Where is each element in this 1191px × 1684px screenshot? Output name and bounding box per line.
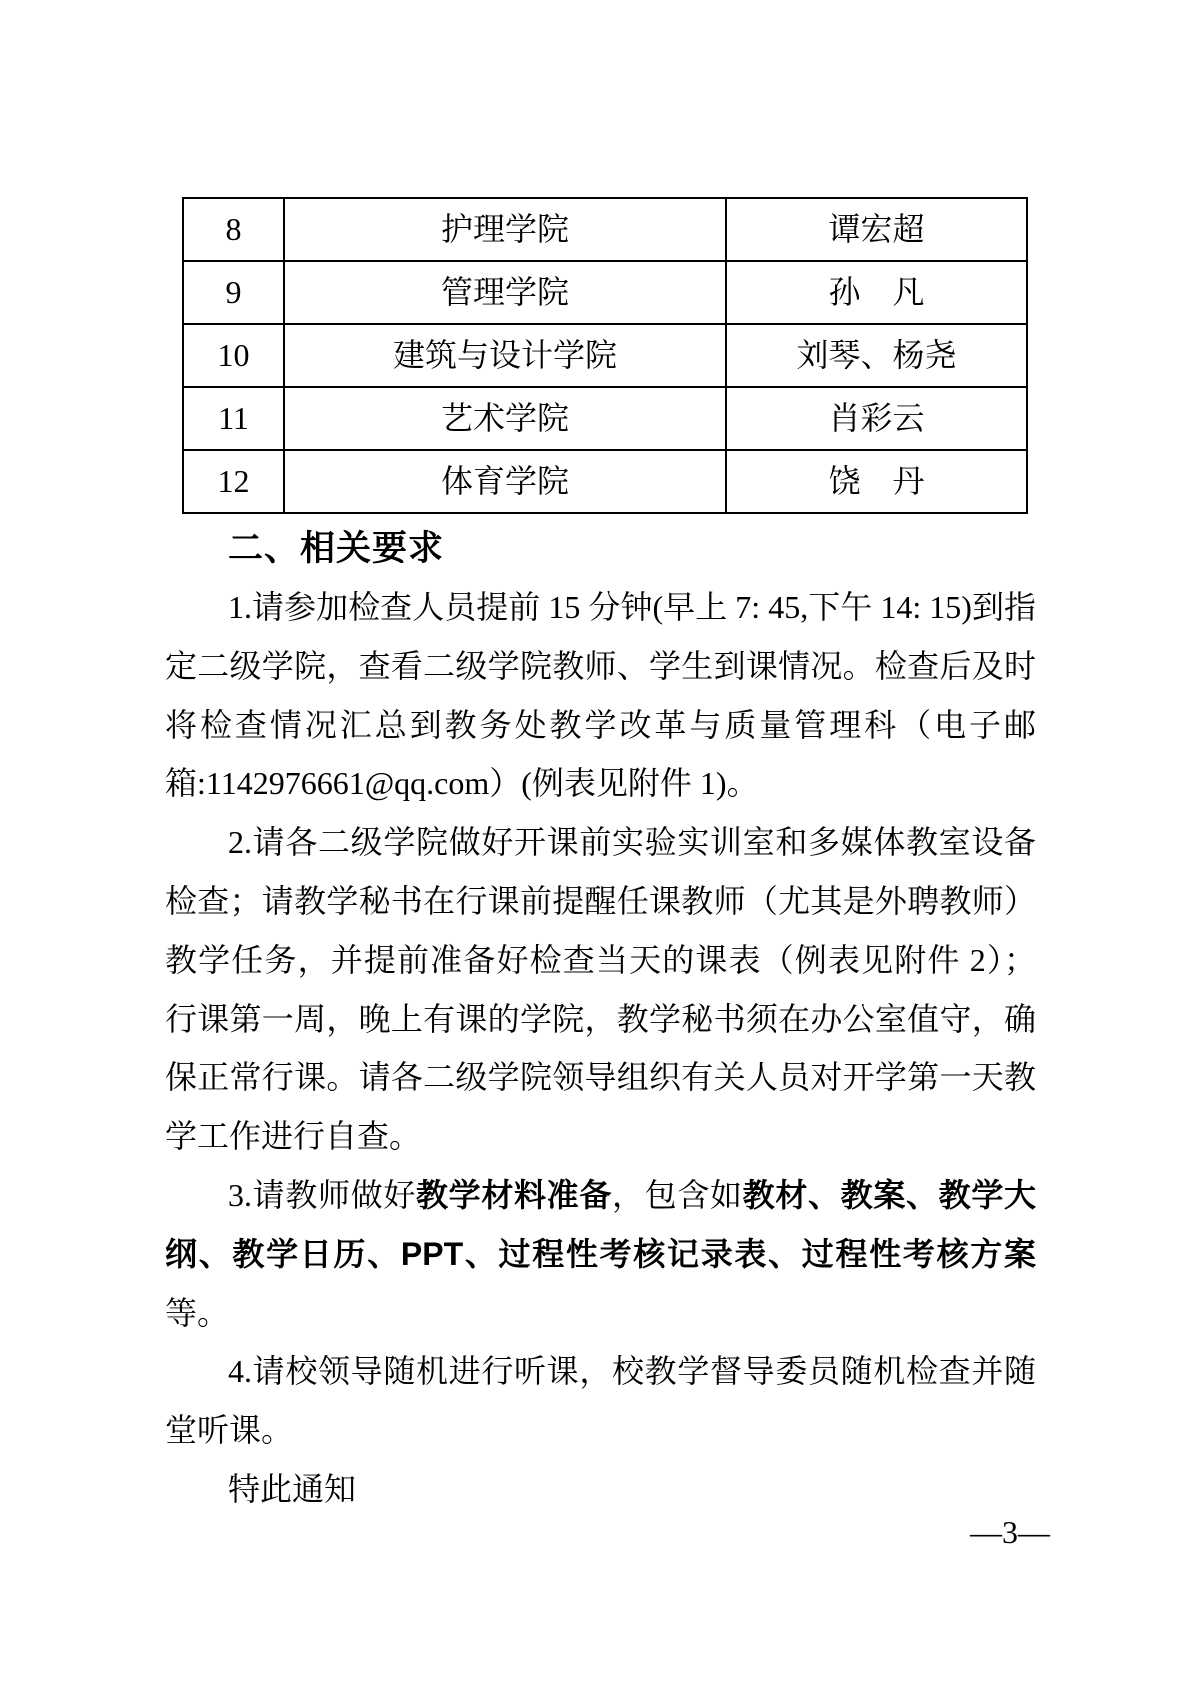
college-cell: 艺术学院: [284, 387, 726, 450]
row-number-cell: 12: [183, 450, 284, 513]
table-row: 12 体育学院 饶 丹: [183, 450, 1027, 513]
document-page: 8 护理学院 谭宏超 9 管理学院 孙 凡 10 建筑与设计学院 刘琴、杨尧 1…: [0, 0, 1191, 1684]
inspection-roster-table: 8 护理学院 谭宏超 9 管理学院 孙 凡 10 建筑与设计学院 刘琴、杨尧 1…: [182, 197, 1028, 514]
row-number-cell: 11: [183, 387, 284, 450]
paragraph-text: 4.请校领导随机进行听课，校教学督导委员随机检查并随堂听课。: [165, 1353, 1036, 1448]
paragraph-text: 等。: [165, 1295, 229, 1331]
paragraph-text: ，包含如: [612, 1177, 743, 1213]
inspector-cell: 孙 凡: [726, 261, 1027, 324]
college-cell: 管理学院: [284, 261, 726, 324]
college-cell: 体育学院: [284, 450, 726, 513]
table-row: 11 艺术学院 肖彩云: [183, 387, 1027, 450]
paragraph-4: 4.请校领导随机进行听课，校教学督导委员随机检查并随堂听课。: [165, 1342, 1036, 1460]
table-row: 10 建筑与设计学院 刘琴、杨尧: [183, 324, 1027, 387]
college-cell: 建筑与设计学院: [284, 324, 726, 387]
row-number-cell: 10: [183, 324, 284, 387]
paragraph-3: 3.请教师做好教学材料准备，包含如教材、教案、教学大纲、教学日历、PPT、过程性…: [165, 1166, 1036, 1342]
inspector-cell: 肖彩云: [726, 387, 1027, 450]
college-cell: 护理学院: [284, 198, 726, 261]
document-body: 二、相关要求 1.请参加检查人员提前 15 分钟(早上 7: 45,下午 14:…: [165, 519, 1036, 1519]
paragraph-text: 3.请教师做好: [228, 1177, 416, 1213]
inspector-cell: 饶 丹: [726, 450, 1027, 513]
paragraph-text: 1.请参加检查人员提前 15 分钟(早上 7: 45,下午 14: 15)到指定…: [165, 589, 1036, 801]
paragraph-1: 1.请参加检查人员提前 15 分钟(早上 7: 45,下午 14: 15)到指定…: [165, 578, 1036, 813]
row-number-cell: 9: [183, 261, 284, 324]
inspector-cell: 刘琴、杨尧: [726, 324, 1027, 387]
inspector-cell: 谭宏超: [726, 198, 1027, 261]
row-number-cell: 8: [183, 198, 284, 261]
table-row: 9 管理学院 孙 凡: [183, 261, 1027, 324]
bold-emphasis-text: 教学材料准备: [416, 1177, 612, 1213]
paragraph-2: 2.请各二级学院做好开课前实验实训室和多媒体教室设备检查；请教学秘书在行课前提醒…: [165, 813, 1036, 1166]
closing-line: 特此通知: [165, 1460, 1036, 1519]
paragraph-text: 2.请各二级学院做好开课前实验实训室和多媒体教室设备检查；请教学秘书在行课前提醒…: [165, 824, 1036, 1154]
table-row: 8 护理学院 谭宏超: [183, 198, 1027, 261]
page-number: —3—: [960, 1512, 1060, 1552]
section-heading: 二、相关要求: [165, 519, 1036, 578]
